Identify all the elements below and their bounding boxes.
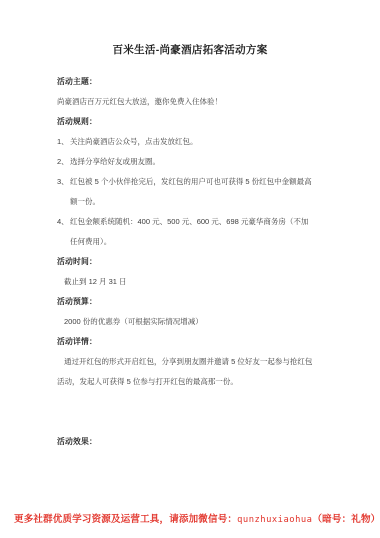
list-line: 选择分享给好友或朋友圈。 [70, 152, 332, 172]
paragraph-budget: 2000 份的优惠券（可根据实际情况增减） [57, 312, 332, 332]
list-line: 关注尚豪酒店公众号，点击发放红包。 [70, 132, 332, 152]
list-line: 任何费用）。 [70, 232, 332, 252]
footer-text-suffix: （暗号：礼物）领取 [312, 514, 380, 525]
rule-item-3: 3、 红包被 5 个小伙伴抢完后，发红包的用户可也可获得 5 份红包中金额最高 … [57, 172, 332, 212]
section-heading-rules: 活动规则： [57, 112, 332, 132]
paragraph-details-line1: 通过开红包的形式开启红包，分享到朋友圈并邀请 5 位好友一起参与抢红包 [57, 352, 332, 372]
list-number: 4、 [57, 212, 70, 252]
wechat-id: qunzhuxiaohua [237, 515, 312, 525]
document-title: 百米生活-尚豪酒店拓客活动方案 [0, 0, 380, 57]
list-line: 额一份。 [70, 192, 332, 212]
section-heading-details: 活动详情： [57, 332, 332, 352]
list-line: 红包金额系统随机：400 元、500 元、600 元、698 元豪华商务房（不加 [70, 212, 332, 232]
document-body: 活动主题： 尚豪酒店百万元红包大放送，邀你免费入住体验！ 活动规则： 1、 关注… [0, 72, 380, 452]
list-number: 3、 [57, 172, 70, 212]
footer-text-prefix: 更多社群优质学习资源及运营工具，请添加微信号： [14, 514, 237, 525]
section-heading-time: 活动时间： [57, 252, 332, 272]
paragraph-time: 截止到 12 月 31 日 [57, 272, 332, 292]
section-heading-effect: 活动效果： [57, 432, 332, 452]
list-number: 2、 [57, 152, 70, 172]
section-heading-theme: 活动主题： [57, 72, 332, 92]
paragraph-theme: 尚豪酒店百万元红包大放送，邀你免费入住体验！ [57, 92, 332, 112]
list-line: 红包被 5 个小伙伴抢完后，发红包的用户可也可获得 5 份红包中金额最高 [70, 172, 332, 192]
rule-item-1: 1、 关注尚豪酒店公众号，点击发放红包。 [57, 132, 332, 152]
document-page: 百米生活-尚豪酒店拓客活动方案 活动主题： 尚豪酒店百万元红包大放送，邀你免费入… [0, 0, 380, 538]
footer-note: 更多社群优质学习资源及运营工具，请添加微信号：qunzhuxiaohua（暗号：… [14, 514, 380, 526]
paragraph-details-line2: 活动，发起人可获得 5 位参与打开红包的最高那一份。 [57, 372, 332, 392]
rule-item-4: 4、 红包金额系统随机：400 元、500 元、600 元、698 元豪华商务房… [57, 212, 332, 252]
section-heading-budget: 活动预算： [57, 292, 332, 312]
list-number: 1、 [57, 132, 70, 152]
rule-item-2: 2、 选择分享给好友或朋友圈。 [57, 152, 332, 172]
